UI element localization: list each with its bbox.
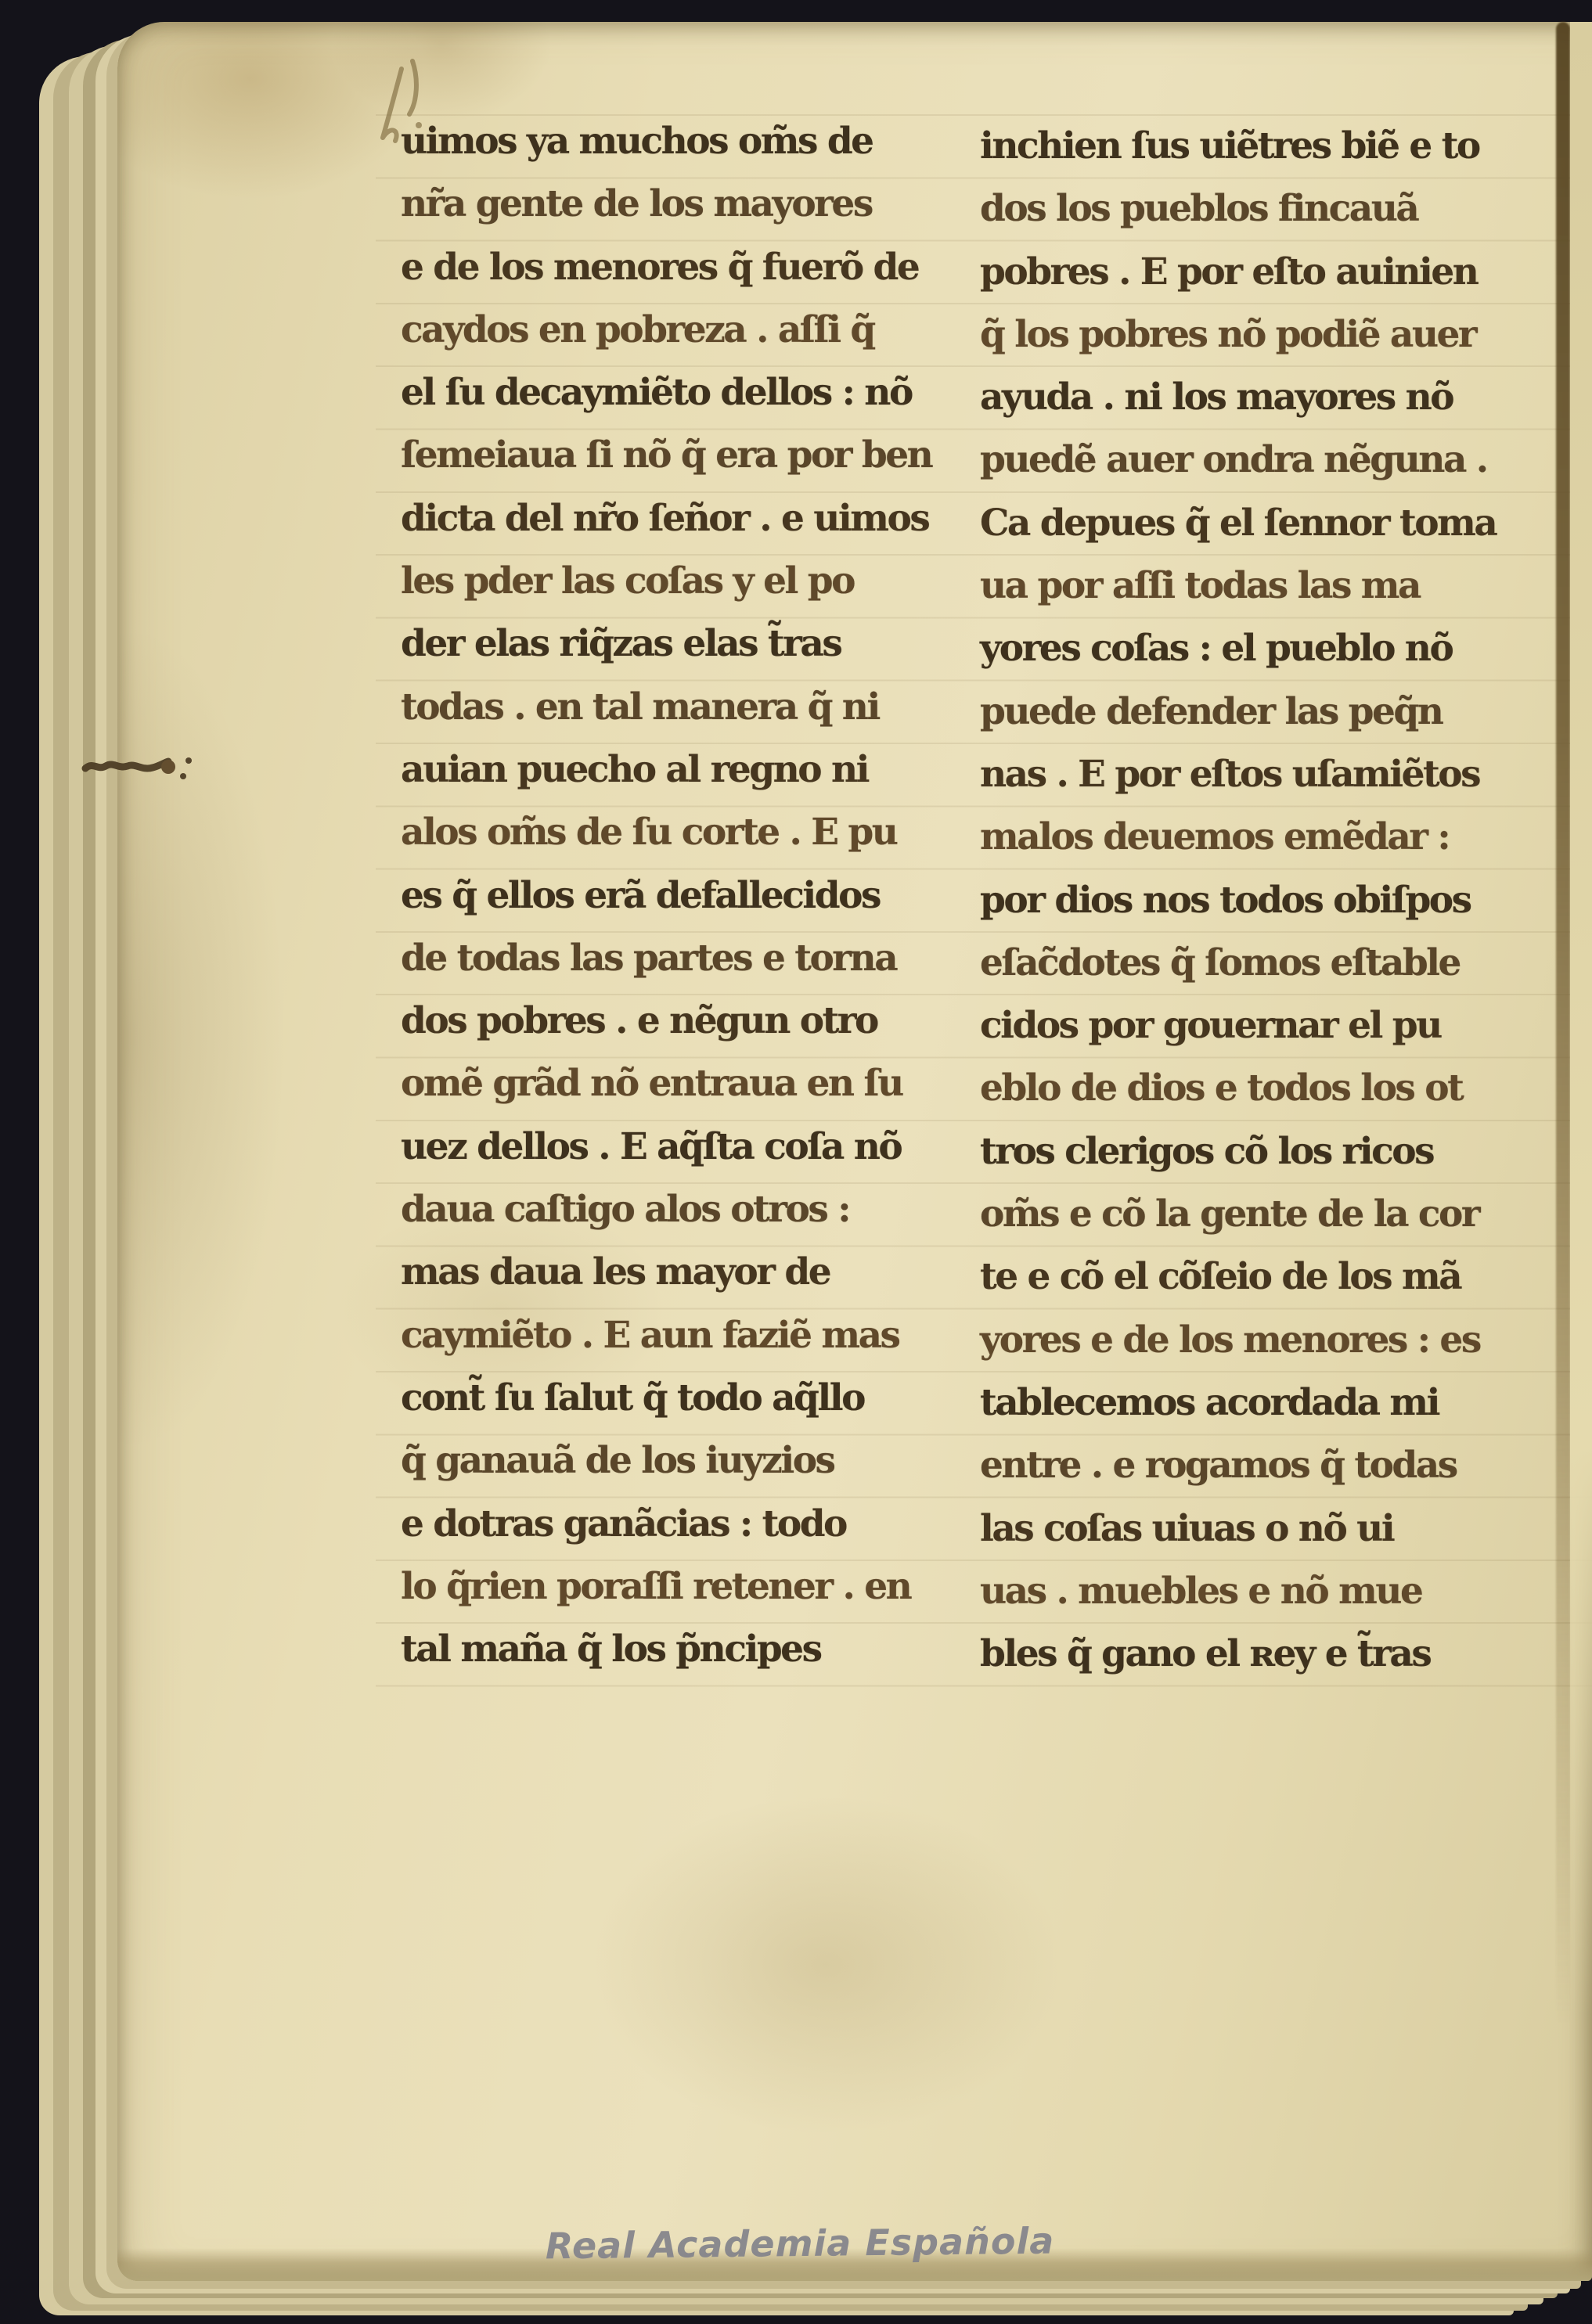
margin-ink-squiggle — [81, 745, 206, 789]
manuscript-text-line: e dotras ganãcias : todo — [401, 1495, 933, 1557]
manuscript-text-line: daua caſtigo alos otros : — [401, 1180, 933, 1243]
manuscript-page: uimos ya muchos om̃s denr̃a gente de los… — [117, 22, 1592, 2281]
manuscript-text-line: inchien ſus uiẽtres biẽ e to — [980, 117, 1583, 179]
manuscript-text-line: yores coſas : el pueblo nõ — [980, 619, 1583, 682]
text-column-right: inchien ſus uiẽtres biẽ e todos los pueb… — [980, 117, 1583, 1687]
manuscript-text-line: las coſas uiuas o nõ ui — [980, 1499, 1583, 1562]
manuscript-text-line: ſemeiaua ſi nõ q̃ era por ben — [401, 426, 933, 488]
manuscript-text-line: nas . E por eſtos uſamiẽtos — [980, 745, 1583, 808]
manuscript-text-line: cidos por gouernar el pu — [980, 996, 1583, 1059]
manuscript-text-line: om̃s e cõ la gente de la cor — [980, 1185, 1583, 1247]
manuscript-text-line: ua por aſſi todas las ma — [980, 556, 1583, 619]
manuscript-text-line: todas . en tal manera q̃ ni — [401, 678, 933, 740]
text-column-left: uimos ya muchos om̃s denr̃a gente de los… — [401, 112, 933, 1682]
photo-background: uimos ya muchos om̃s denr̃a gente de los… — [0, 0, 1592, 2324]
manuscript-text-line: eblo de dios e todos los ot — [980, 1059, 1583, 1121]
manuscript-text-line: tablecemos acordada mi — [980, 1373, 1583, 1436]
manuscript-text-line: dicta del nr̃o ſeñor . e uimos — [401, 489, 933, 552]
manuscript-text-line: tros clerigos cõ los ricos — [980, 1122, 1583, 1185]
manuscript-text-line: ayuda . ni los mayores nõ — [980, 368, 1583, 430]
manuscript-text-line: de todas las partes e torna — [401, 929, 933, 991]
manuscript-text-line: entre . e rogamos q̃ todas — [980, 1436, 1583, 1498]
manuscript-text-line: q̃ ganauã de los iuyzios — [401, 1431, 933, 1494]
watermark: Real Academia Española — [546, 2220, 1055, 2268]
manuscript-text-line: alos om̃s de ſu corte . E pu — [401, 803, 933, 865]
manuscript-text-line: lo q̃rien poraſſi retener . en — [401, 1557, 933, 1620]
manuscript-text-line: dos pobres . e nẽgun otro — [401, 991, 933, 1054]
manuscript-text-line: dos los pueblos fincauã — [980, 179, 1583, 242]
manuscript-text-line: cont̃ ſu ſalut q̃ todo aq̃llo — [401, 1369, 933, 1431]
manuscript-text-line: yores e de los menores : es — [980, 1311, 1583, 1373]
manuscript-text-line: uas . muebles e nõ mue — [980, 1562, 1583, 1624]
manuscript-text-line: omẽ grãd nõ entraua en ſu — [401, 1054, 933, 1117]
manuscript-text-line: Ca depues q̃ el ſennor toma — [980, 494, 1583, 556]
manuscript-text-line: caymiẽto . E aun faziẽ mas — [401, 1306, 933, 1369]
manuscript-text-line: te e cõ el cõſeio de los mã — [980, 1247, 1583, 1310]
manuscript-text-line: e de los menores q̃ fuerõ de — [401, 238, 933, 300]
manuscript-text-line: eſac̃dotes q̃ ſomos eſtable — [980, 934, 1583, 996]
manuscript-text-line: bles q̃ gano el ʀey e t̃ras — [980, 1624, 1583, 1687]
manuscript-text-line: nr̃a gente de los mayores — [401, 174, 933, 237]
adjacent-page-edge — [1570, 22, 1592, 2056]
manuscript-text-line: por dios nos todos obiſpos — [980, 871, 1583, 934]
manuscript-text-line: uez dellos . E aq̃ſta coſa nõ — [401, 1117, 933, 1180]
manuscript-text-line: malos deuemos emẽdar : — [980, 808, 1583, 870]
manuscript-text-line: es q̃ ellos erã defallecidos — [401, 866, 933, 929]
manuscript-text-line: uimos ya muchos om̃s de — [401, 112, 933, 174]
manuscript-text-line: les pder las coſas y el po — [401, 552, 933, 614]
manuscript-text-line: caydos en pobreza . aſſi q̃ — [401, 300, 933, 363]
manuscript-text-line: pobres . E por eſto auinien — [980, 243, 1583, 305]
manuscript-text-line: auian puecho al regno ni — [401, 740, 933, 803]
manuscript-text-line: der elas riq̃zas elas t̃ras — [401, 614, 933, 677]
manuscript-text-line: q̃ los pobres nõ podiẽ auer — [980, 305, 1583, 368]
manuscript-text-line: mas daua les mayor de — [401, 1243, 933, 1305]
manuscript-text-line: el ſu decaymiẽto dellos : nõ — [401, 363, 933, 426]
manuscript-text-line: puede defender las peq̃n — [980, 682, 1583, 745]
page-fold-crease — [1556, 22, 1570, 2025]
manuscript-text-line: puedẽ auer ondra nẽguna . — [980, 430, 1583, 493]
manuscript-text-line: tal maña q̃ los p̃ncipes — [401, 1620, 933, 1682]
